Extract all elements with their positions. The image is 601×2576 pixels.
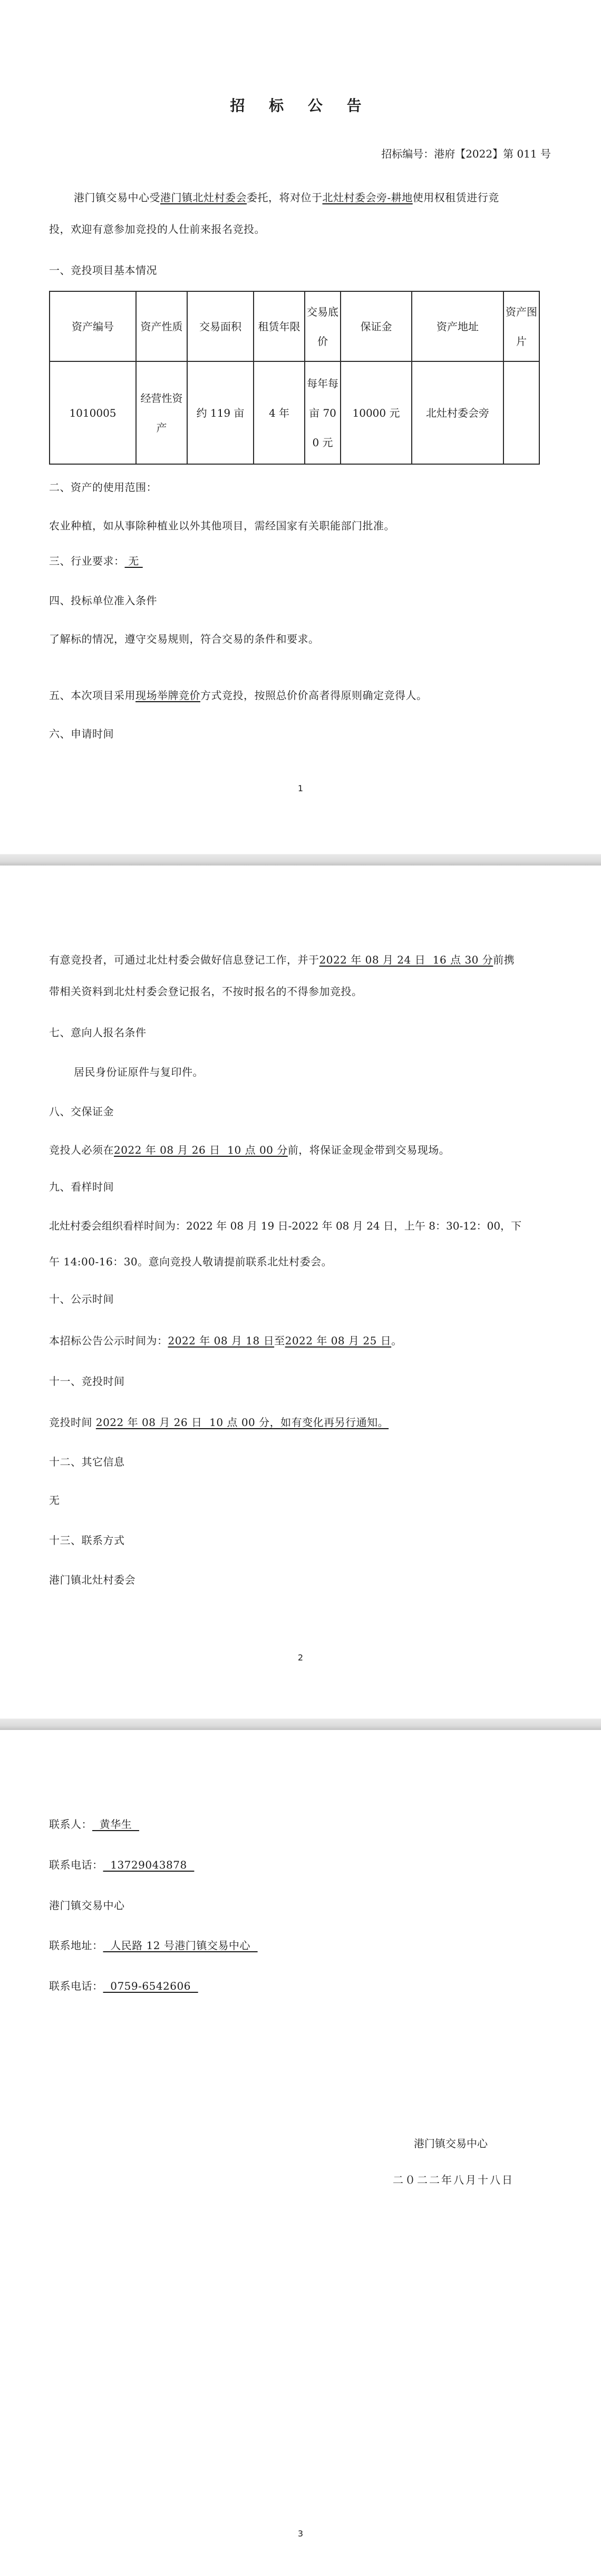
- contact-address-value: 人民路 12 号港门镇交易中心: [103, 1939, 258, 1952]
- page-separator: [0, 1718, 601, 1730]
- table-cell-image: [503, 361, 539, 464]
- page-1: 招 标 公 告 招标编号：港府【2022】第 011 号 港门镇交易中心受港门镇…: [0, 0, 601, 854]
- signature-date: 二０二二年八月十八日: [393, 2171, 514, 2187]
- publicity-start-date: 2022 年 08 月 18 日: [168, 1334, 275, 1347]
- intro-text: 委托，将对位于: [247, 191, 323, 204]
- table-cell-deposit: 10000 元: [341, 361, 412, 464]
- contact-phone: 联系电话： 13729043878: [49, 1857, 194, 1872]
- table-header-cell: 资产性质: [136, 291, 187, 361]
- intro-paragraph-line-2: 投，欢迎有意参加竞投的人仕前来报名竞投。: [49, 222, 265, 237]
- table-header-cell: 资产地址: [412, 291, 503, 361]
- section-2-text: 农业种植，如从事除种植业以外其他项目，需经国家有关职能部门批准。: [49, 518, 395, 533]
- page-3: [0, 1730, 601, 2576]
- contact-phone-value: 13729043878: [103, 1859, 195, 1871]
- section-7-text: 居民身份证原件与复印件。: [74, 1065, 203, 1079]
- section-11-text-part: 竞投时间: [49, 1416, 96, 1429]
- page-number: 3: [0, 2529, 601, 2539]
- contact-phone-2-label: 联系电话：: [49, 1980, 103, 1992]
- section-3-value: 无: [125, 555, 143, 567]
- bidding-time: 2022 年 08 月 26 日 10 点 00 分，如有变化再另行通知。: [96, 1416, 389, 1429]
- section-3-label: 三、行业要求：: [49, 555, 125, 567]
- section-12-text: 无: [49, 1493, 60, 1508]
- document-title: 招 标 公 告: [0, 94, 601, 115]
- section-5-text: 五、本次项目采用: [49, 689, 135, 702]
- table-header-cell: 资产图片: [503, 291, 539, 361]
- contact-person: 联系人： 黄华生: [49, 1817, 139, 1832]
- table-cell-area: 约 119 亩: [187, 361, 254, 464]
- client-name: 港门镇北灶村委会: [160, 191, 247, 204]
- contact-person-label: 联系人：: [49, 1818, 92, 1831]
- table-header-cell: 资产编号: [50, 291, 136, 361]
- section-10-text-part: 本招标公告公示时间为：: [49, 1334, 168, 1347]
- section-5-text: 方式竞投，按照总价价高者得原则确定竞得人。: [200, 689, 428, 702]
- table-cell-base-price: 每年每亩 700 元: [305, 361, 341, 464]
- section-9-line-2: 午 14:00-16：30。意向竞投人敬请提前联系北灶村委会。: [49, 1254, 332, 1269]
- section-10-heading: 十、公示时间: [49, 1292, 114, 1306]
- intro-paragraph-line-1: 港门镇交易中心受港门镇北灶村委会委托，将对位于北灶村委会旁-耕地使用权租赁进行竞: [74, 190, 499, 205]
- page-number: 2: [0, 1653, 601, 1663]
- signature-org: 港门镇交易中心: [414, 2135, 488, 2150]
- section-8-text: 竞投人必须在2022 年 08 月 26 日 10 点 00 分前，将保证金现金…: [49, 1143, 450, 1157]
- table-header-row: 资产编号 资产性质 交易面积 租赁年限 交易底价 保证金 资产地址 资产图片: [50, 291, 539, 361]
- asset-location: 北灶村委会旁-耕地: [323, 191, 413, 204]
- publicity-end-date: 2022 年 08 月 25 日: [285, 1334, 392, 1347]
- intro-text: 港门镇交易中心受: [74, 191, 160, 204]
- section-4-text: 了解标的情况，遵守交易规则，符合交易的条件和要求。: [49, 632, 319, 646]
- table-header-cell: 交易底价: [305, 291, 341, 361]
- section-3: 三、行业要求： 无: [49, 554, 143, 568]
- contact-phone-label: 联系电话：: [49, 1859, 103, 1871]
- table-header-cell: 交易面积: [187, 291, 254, 361]
- section-6-text: 前携: [493, 953, 515, 966]
- table-cell-asset-nature: 经营性资产: [136, 361, 187, 464]
- contact-phone-2: 联系电话： 0759-6542606: [49, 1979, 198, 1993]
- table-row: 1010005 经营性资产 约 119 亩 4 年 每年每亩 700 元 100…: [50, 361, 539, 464]
- section-8-heading: 八、交保证金: [49, 1104, 114, 1119]
- section-13-heading: 十三、联系方式: [49, 1533, 125, 1548]
- section-10-text-part: 。: [391, 1334, 402, 1347]
- table-header-cell: 保证金: [341, 291, 412, 361]
- section-5: 五、本次项目采用现场举牌竞价方式竞投，按照总价价高者得原则确定竞得人。: [49, 688, 428, 703]
- section-9-heading: 九、看样时间: [49, 1179, 114, 1194]
- page-separator: [0, 854, 601, 866]
- section-13-org: 港门镇北灶村委会: [49, 1572, 135, 1587]
- section-6-line-1: 有意竞投者，可通过北灶村委会做好信息登记工作，并于2022 年 08 月 24 …: [49, 952, 515, 967]
- section-9-line-1: 北灶村委会组织看样时间为：2022 年 08 月 19 日-2022 年 08 …: [49, 1218, 521, 1233]
- page-number: 1: [0, 783, 601, 793]
- section-2-heading: 二、资产的使用范围：: [49, 480, 157, 495]
- section-4-heading: 四、投标单位准入条件: [49, 593, 157, 608]
- section-8-text-part: 前，将保证金现金带到交易现场。: [288, 1144, 450, 1156]
- bidding-method: 现场举牌竞价: [135, 689, 200, 702]
- section-8-text-part: 竞投人必须在: [49, 1144, 114, 1156]
- section-7-heading: 七、意向人报名条件: [49, 1025, 147, 1040]
- reference-number: 招标编号：港府【2022】第 011 号: [381, 145, 551, 161]
- asset-table: 资产编号 资产性质 交易面积 租赁年限 交易底价 保证金 资产地址 资产图片 1…: [49, 291, 540, 465]
- contact-address-label: 联系地址：: [49, 1939, 103, 1952]
- table-cell-asset-id: 1010005: [50, 361, 136, 464]
- section-11-text: 竞投时间 2022 年 08 月 26 日 10 点 00 分，如有变化再另行通…: [49, 1415, 389, 1430]
- section-1-heading: 一、竞投项目基本情况: [49, 263, 157, 278]
- contact-person-value: 黄华生: [92, 1818, 139, 1831]
- section-10-text-part: 至: [274, 1334, 285, 1347]
- registration-deadline: 2022 年 08 月 24 日 16 点 30 分: [319, 953, 493, 966]
- section-11-heading: 十一、竞投时间: [49, 1374, 125, 1389]
- section-6-text: 有意竞投者，可通过北灶村委会做好信息登记工作，并于: [49, 953, 319, 966]
- section-10-text: 本招标公告公示时间为：2022 年 08 月 18 日至2022 年 08 月 …: [49, 1333, 402, 1348]
- section-12-heading: 十二、其它信息: [49, 1454, 125, 1469]
- contact-address: 联系地址： 人民路 12 号港门镇交易中心: [49, 1938, 258, 1953]
- center-name: 港门镇交易中心: [49, 1898, 125, 1913]
- contact-phone-2-value: 0759-6542606: [103, 1980, 198, 1992]
- intro-text: 使用权租赁进行竞: [413, 191, 499, 204]
- table-cell-lease-term: 4 年: [254, 361, 305, 464]
- deposit-deadline: 2022 年 08 月 26 日 10 点 00 分: [114, 1144, 288, 1156]
- section-6-heading: 六、申请时间: [49, 726, 114, 741]
- section-6-line-2: 带相关资料到北灶村委会登记报名，不按时报名的不得参加竞投。: [49, 984, 363, 999]
- table-header-cell: 租赁年限: [254, 291, 305, 361]
- table-cell-address: 北灶村委会旁: [412, 361, 503, 464]
